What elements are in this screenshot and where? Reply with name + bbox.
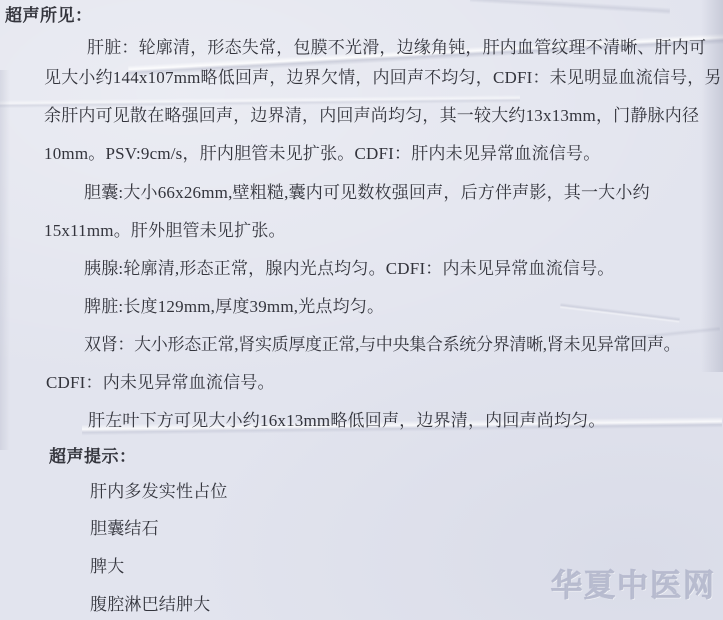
finding-line-liver-3: 余肝内可见散在略强回声，边界清，内回声尚均匀，其一较大约13x13mm，门静脉内…	[44, 104, 699, 128]
impression-section-title: 超声提示：	[49, 445, 137, 469]
finding-line-pancreas: 胰腺:轮廓清,形态正常，腺内光点均匀。CDFI：内未见异常血流信号。	[84, 257, 615, 281]
impression-item-liver-masses: 肝内多发实性占位	[90, 480, 228, 504]
impression-item-gallstones: 胆囊结石	[90, 517, 159, 541]
paper-wrinkle	[560, 301, 680, 325]
finding-line-liver-2: 见大小约144x107mm略低回声，边界欠情，内回声不均匀，CDFI：未见明显血…	[44, 66, 722, 90]
finding-line-kidneys: 双肾：大小形态正常,肾实质厚度正常,与中央集合系统分界清晰,肾未见异常回声。	[84, 333, 680, 357]
scanned-ultrasound-report: 超声所见： 肝脏：轮廓清，形态失常，包膜不光滑，边缘角钝，肝内血管纹理不清晰、肝…	[0, 0, 723, 620]
paper-crease	[470, 0, 670, 16]
impression-item-lymphadenopathy: 腹腔淋巴结肿大	[90, 593, 210, 617]
findings-section-title: 超声所见：	[5, 4, 93, 28]
paper-edge-shadow	[0, 70, 10, 450]
finding-line-liver-4: 10mm。PSV:9cm/s，肝内胆管未见扩张。CDFI：肝内未见异常血流信号。	[44, 142, 600, 166]
finding-line-gallbladder-1: 胆囊:大小66x26mm,壁粗糙,囊内可见数枚强回声，后方伴声影，其一大小约	[84, 181, 650, 205]
finding-line-cdfi: CDFI：内未见异常血流信号。	[46, 371, 275, 395]
impression-item-splenomegaly: 脾大	[90, 555, 124, 579]
finding-line-liver-1: 肝脏：轮廓清，形态失常，包膜不光滑，边缘角钝，肝内血管纹理不清晰、肝内可	[87, 36, 706, 60]
finding-line-left-lobe: 肝左叶下方可见大小约16x13mm略低回声，边界清，内回声尚均匀。	[88, 409, 606, 433]
site-watermark: 华夏中医网	[551, 560, 716, 605]
finding-line-gallbladder-2: 15x11mm。肝外胆管未见扩张。	[44, 219, 286, 243]
finding-line-spleen: 脾脏:长度129mm,厚度39mm,光点均匀。	[84, 295, 384, 319]
